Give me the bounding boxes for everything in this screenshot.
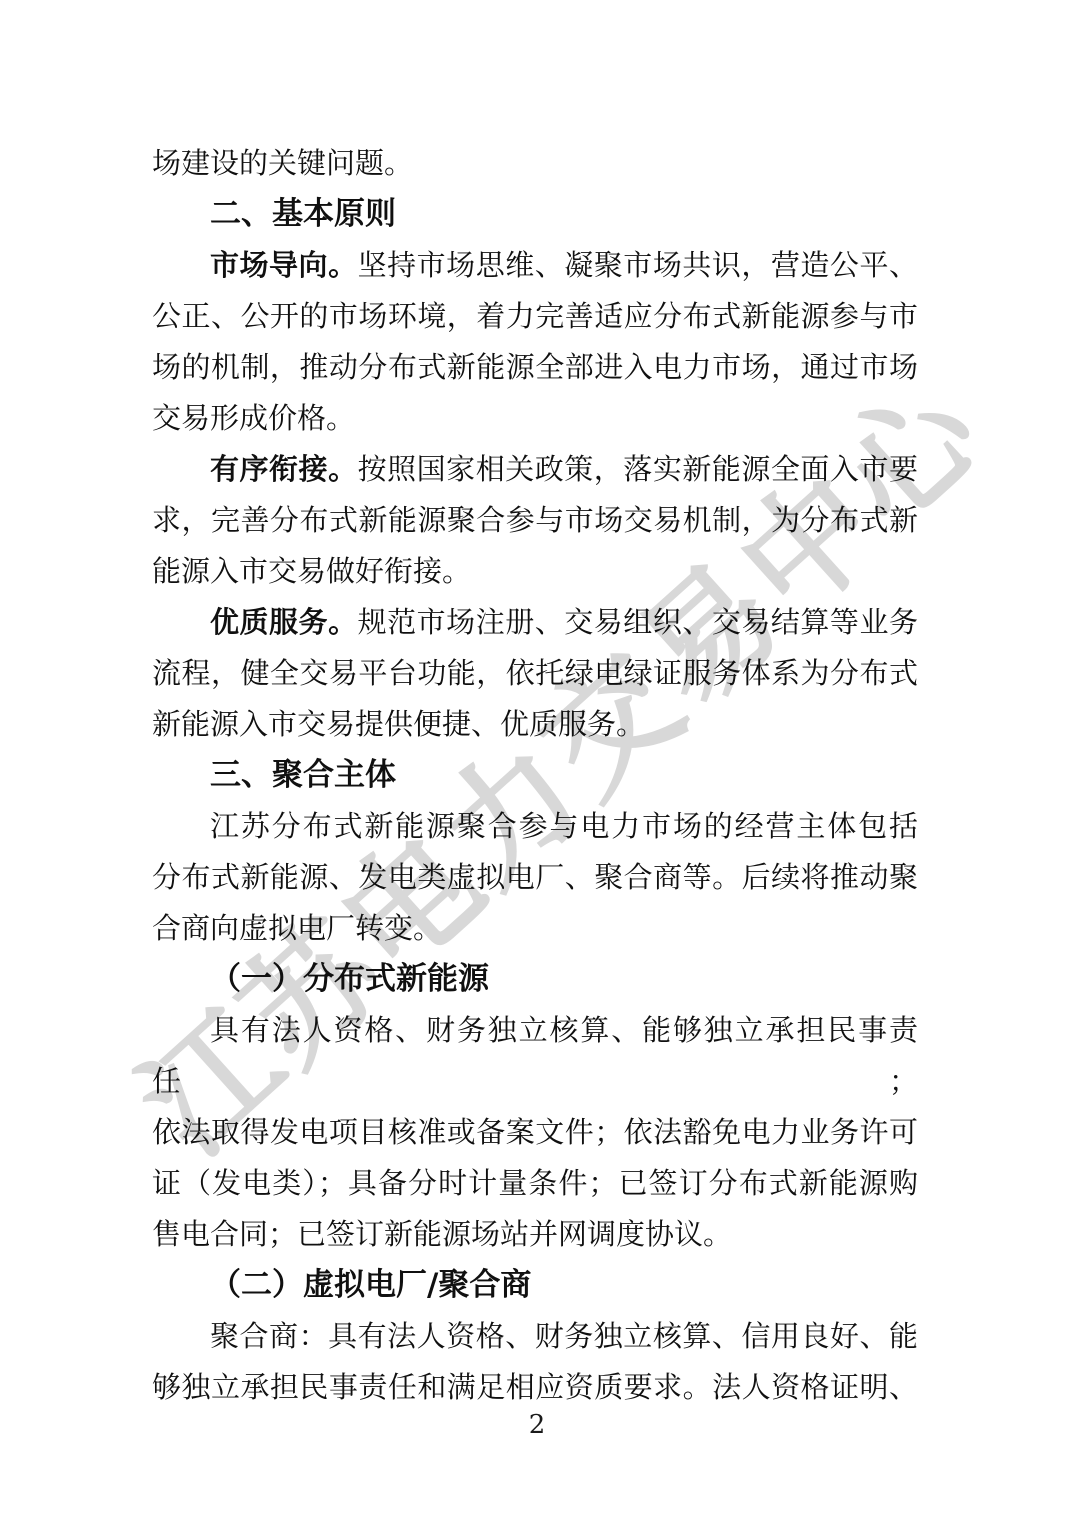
page-number: 2	[0, 1410, 1074, 1440]
text-line: 证（发电类）；具备分时计量条件；已签订分布式新能源购	[152, 1158, 918, 1209]
line-text: 聚合商：具有法人资格、财务独立核算、信用良好、能	[210, 1319, 918, 1353]
text-line: 售电合同；已签订新能源场站并网调度协议。	[152, 1209, 918, 1260]
line-text: 三、聚合主体	[210, 757, 396, 793]
text-line: （一）分布式新能源	[152, 954, 918, 1005]
line-text: 流程，健全交易平台功能，依托绿电绿证服务体系为分布式	[152, 656, 918, 690]
text-line: 依法取得发电项目核准或备案文件；依法豁免电力业务许可	[152, 1107, 918, 1158]
text-line: 新能源入市交易提供便捷、优质服务。	[152, 699, 918, 750]
text-line: 优质服务。规范市场注册、交易组织、交易结算等业务	[152, 597, 918, 648]
line-text: 场的机制，推动分布式新能源全部进入电力市场，通过市场	[152, 350, 918, 384]
paragraph-lead: 市场导向。	[210, 248, 358, 282]
document-page: 江苏电力交易中心 场建设的关键问题。二、基本原则市场导向。坚持市场思维、凝聚市场…	[0, 0, 1080, 1528]
text-line: 合商向虚拟电厂转变。	[152, 903, 918, 954]
line-text: 求，完善分布式新能源聚合参与市场交易机制，为分布式新	[152, 503, 918, 537]
paragraph-lead: 有序衔接。	[210, 452, 358, 486]
line-text: 分布式新能源、发电类虚拟电厂、聚合商等。后续将推动聚	[152, 860, 918, 894]
line-text: （一）分布式新能源	[210, 961, 489, 997]
text-line: 聚合商：具有法人资格、财务独立核算、信用良好、能	[152, 1311, 918, 1362]
line-text: 合商向虚拟电厂转变。	[152, 911, 442, 945]
text-line: 能源入市交易做好衔接。	[152, 546, 918, 597]
line-text: 按照国家相关政策，落实新能源全面入市要	[358, 452, 918, 486]
line-text: 坚持市场思维、凝聚市场共识，营造公平、	[358, 248, 918, 282]
line-text: 够独立承担民事责任和满足相应资质要求。法人资格证明、	[152, 1370, 918, 1404]
text-line: 有序衔接。按照国家相关政策，落实新能源全面入市要	[152, 444, 918, 495]
text-line: 二、基本原则	[152, 189, 918, 240]
line-text: 售电合同；已签订新能源场站并网调度协议。	[152, 1217, 732, 1251]
text-line: 公正、公开的市场环境，着力完善适应分布式新能源参与市	[152, 291, 918, 342]
line-text: 新能源入市交易提供便捷、优质服务。	[152, 707, 645, 741]
line-text: 依法取得发电项目核准或备案文件；依法豁免电力业务许可	[152, 1115, 918, 1149]
text-line: 市场导向。坚持市场思维、凝聚市场共识，营造公平、	[152, 240, 918, 291]
line-text: 二、基本原则	[210, 196, 396, 232]
line-text: 能源入市交易做好衔接。	[152, 554, 471, 588]
text-line: 三、聚合主体	[152, 750, 918, 801]
text-line: 分布式新能源、发电类虚拟电厂、聚合商等。后续将推动聚	[152, 852, 918, 903]
line-text: （二）虚拟电厂/聚合商	[210, 1267, 531, 1303]
line-text: 交易形成价格。	[152, 401, 355, 435]
document-body: 场建设的关键问题。二、基本原则市场导向。坚持市场思维、凝聚市场共识，营造公平、公…	[152, 138, 918, 1413]
line-text: 证（发电类）；具备分时计量条件；已签订分布式新能源购	[152, 1166, 918, 1200]
line-text: 公正、公开的市场环境，着力完善适应分布式新能源参与市	[152, 299, 918, 333]
text-line: 流程，健全交易平台功能，依托绿电绿证服务体系为分布式	[152, 648, 918, 699]
text-line: 场的机制，推动分布式新能源全部进入电力市场，通过市场	[152, 342, 918, 393]
line-text: 江苏分布式新能源聚合参与电力市场的经营主体包括	[210, 809, 918, 843]
text-line: 交易形成价格。	[152, 393, 918, 444]
text-line: 求，完善分布式新能源聚合参与市场交易机制，为分布式新	[152, 495, 918, 546]
line-text: 具有法人资格、财务独立核算、能够独立承担民事责任；	[152, 1013, 918, 1098]
text-line: 具有法人资格、财务独立核算、能够独立承担民事责任；	[152, 1005, 918, 1107]
text-line: 江苏分布式新能源聚合参与电力市场的经营主体包括	[152, 801, 918, 852]
text-line: 够独立承担民事责任和满足相应资质要求。法人资格证明、	[152, 1362, 918, 1413]
paragraph-lead: 优质服务。	[210, 605, 358, 639]
text-line: （二）虚拟电厂/聚合商	[152, 1260, 918, 1311]
line-text: 场建设的关键问题。	[152, 146, 413, 180]
text-line: 场建设的关键问题。	[152, 138, 918, 189]
line-text: 规范市场注册、交易组织、交易结算等业务	[358, 605, 918, 639]
